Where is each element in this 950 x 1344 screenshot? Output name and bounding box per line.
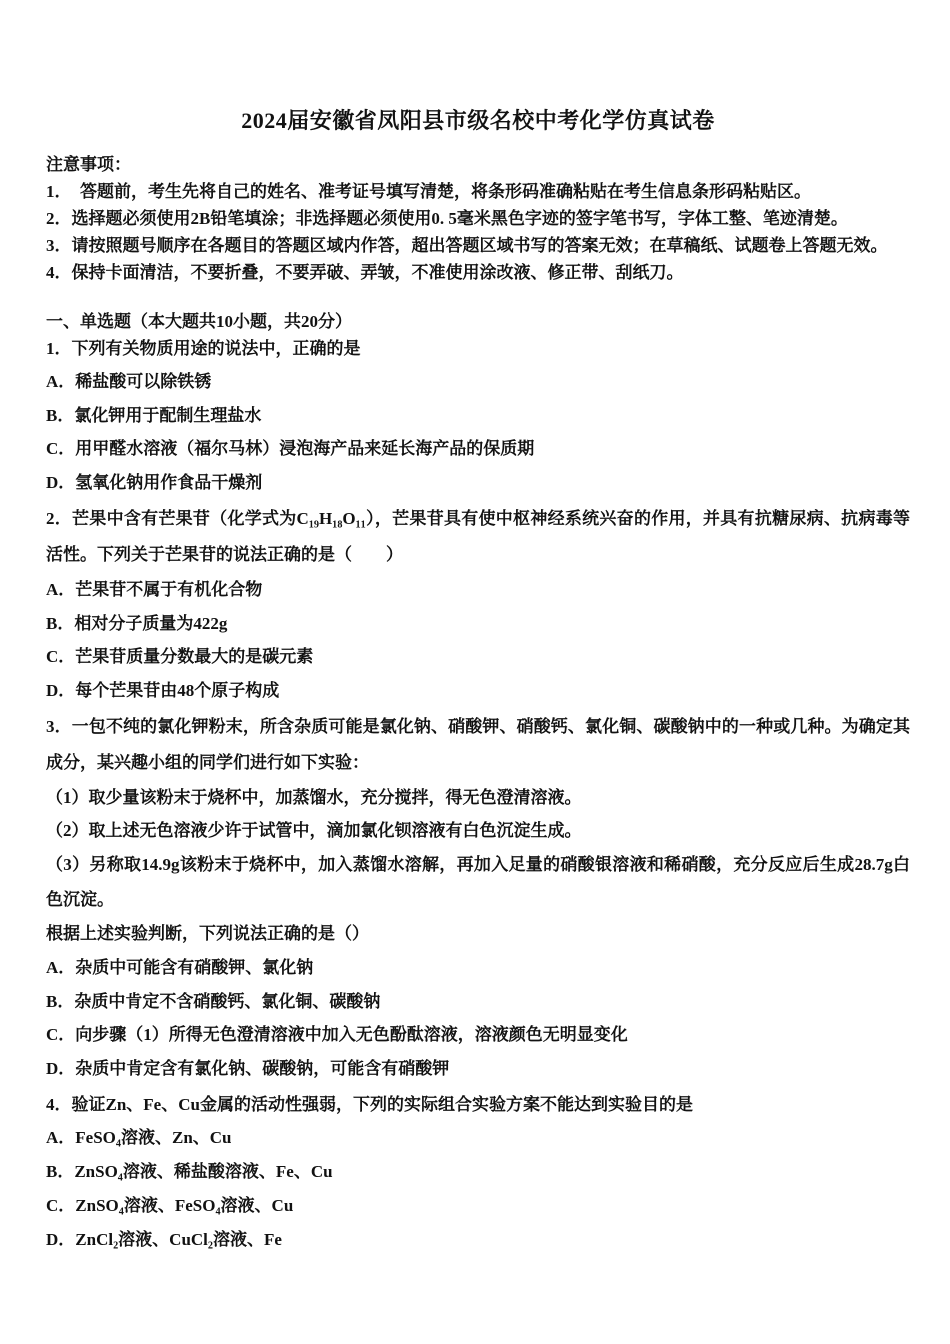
question-1-stem: 1．下列有关物质用途的说法中，正确的是 (46, 335, 910, 362)
question-2-options: A．芒果苷不属于有机化合物 B．相对分子质量为422g C．芒果苷质量分数最大的… (46, 573, 910, 707)
question-4-option-d: D．ZnCl₂溶液、CuCl₂溶液、Fe (46, 1223, 910, 1257)
question-2-option-d: D．每个芒果苷由48个原子构成 (46, 674, 910, 708)
notice-item-1: 1． 答题前，考生先将自己的姓名、准考证号填写清楚，将条形码准确粘贴在考生信息条… (46, 178, 910, 205)
question-3-option-d: D．杂质中肯定含有氯化钠、碳酸钠，可能含有硝酸钾 (46, 1052, 910, 1086)
question-3-followup: 根据上述实验判断，下列说法正确的是（） (46, 917, 910, 951)
question-4-option-c: C．ZnSO₄溶液、FeSO₄溶液、Cu (46, 1189, 910, 1223)
question-4-options: A．FeSO₄溶液、Zn、Cu B．ZnSO₄溶液、稀盐酸溶液、Fe、Cu C．… (46, 1121, 910, 1257)
question-2-option-a: A．芒果苷不属于有机化合物 (46, 573, 910, 607)
question-4-option-a: A．FeSO₄溶液、Zn、Cu (46, 1121, 910, 1155)
question-1-option-c: C．用甲醛水溶液（福尔马林）浸泡海产品来延长海产品的保质期 (46, 432, 910, 466)
notice-item-4: 4．保持卡面清洁，不要折叠，不要弄破、弄皱，不准使用涂改液、修正带、刮纸刀。 (46, 259, 910, 286)
page-title: 2024届安徽省凤阳县市级名校中考化学仿真试卷 (46, 106, 910, 136)
question-2-option-c: C．芒果苷质量分数最大的是碳元素 (46, 640, 910, 674)
notice-item-2: 2．选择题必须使用2B铅笔填涂；非选择题必须使用0. 5毫米黑色字迹的签字笔书写… (46, 205, 910, 232)
question-3-step-1: （1）取少量该粉末于烧杯中，加蒸馏水，充分搅拌，得无色澄清溶液。 (46, 781, 910, 814)
question-1-option-b: B．氯化钾用于配制生理盐水 (46, 399, 910, 433)
question-3-options: A．杂质中可能含有硝酸钾、氯化钠 B．杂质中肯定不含硝酸钙、氯化铜、碳酸钠 C．… (46, 951, 910, 1085)
question-1-options: A．稀盐酸可以除铁锈 B．氯化钾用于配制生理盐水 C．用甲醛水溶液（福尔马林）浸… (46, 365, 910, 499)
question-2-stem: 2．芒果中含有芒果苷（化学式为C₁₉H₁₈O₁₁），芒果苷具有使中枢神经系统兴奋… (46, 501, 910, 573)
notice-heading: 注意事项： (46, 151, 910, 178)
question-2-option-b: B．相对分子质量为422g (46, 607, 910, 641)
question-3-stem: 3．一包不纯的氯化钾粉末，所含杂质可能是氯化钠、硝酸钾、硝酸钙、氯化铜、碳酸钠中… (46, 709, 910, 781)
question-3-option-a: A．杂质中可能含有硝酸钾、氯化钠 (46, 951, 910, 985)
question-3-option-c: C．向步骤（1）所得无色澄清溶液中加入无色酚酞溶液，溶液颜色无明显变化 (46, 1018, 910, 1052)
question-1-option-d: D．氢氧化钠用作食品干燥剂 (46, 466, 910, 500)
question-3-option-b: B．杂质中肯定不含硝酸钙、氯化铜、碳酸钠 (46, 985, 910, 1019)
exam-paper-page: 2024届安徽省凤阳县市级名校中考化学仿真试卷 注意事项： 1． 答题前，考生先… (0, 0, 950, 1257)
question-3-step-3: （3）另称取14.9g该粉末于烧杯中，加入蒸馏水溶解，再加入足量的硝酸银溶液和稀… (46, 847, 910, 917)
question-1-option-a: A．稀盐酸可以除铁锈 (46, 365, 910, 399)
question-4-stem: 4．验证Zn、Fe、Cu金属的活动性强弱，下列的实际组合实验方案不能达到实验目的… (46, 1088, 910, 1121)
question-3-step-2: （2）取上述无色溶液少许于试管中，滴加氯化钡溶液有白色沉淀生成。 (46, 814, 910, 847)
notice-item-3: 3．请按照题号顺序在各题目的答题区域内作答，超出答题区域书写的答案无效；在草稿纸… (46, 232, 910, 259)
section-heading: 一、单选题（本大题共10小题，共20分） (46, 308, 910, 335)
question-4-option-b: B．ZnSO₄溶液、稀盐酸溶液、Fe、Cu (46, 1155, 910, 1189)
